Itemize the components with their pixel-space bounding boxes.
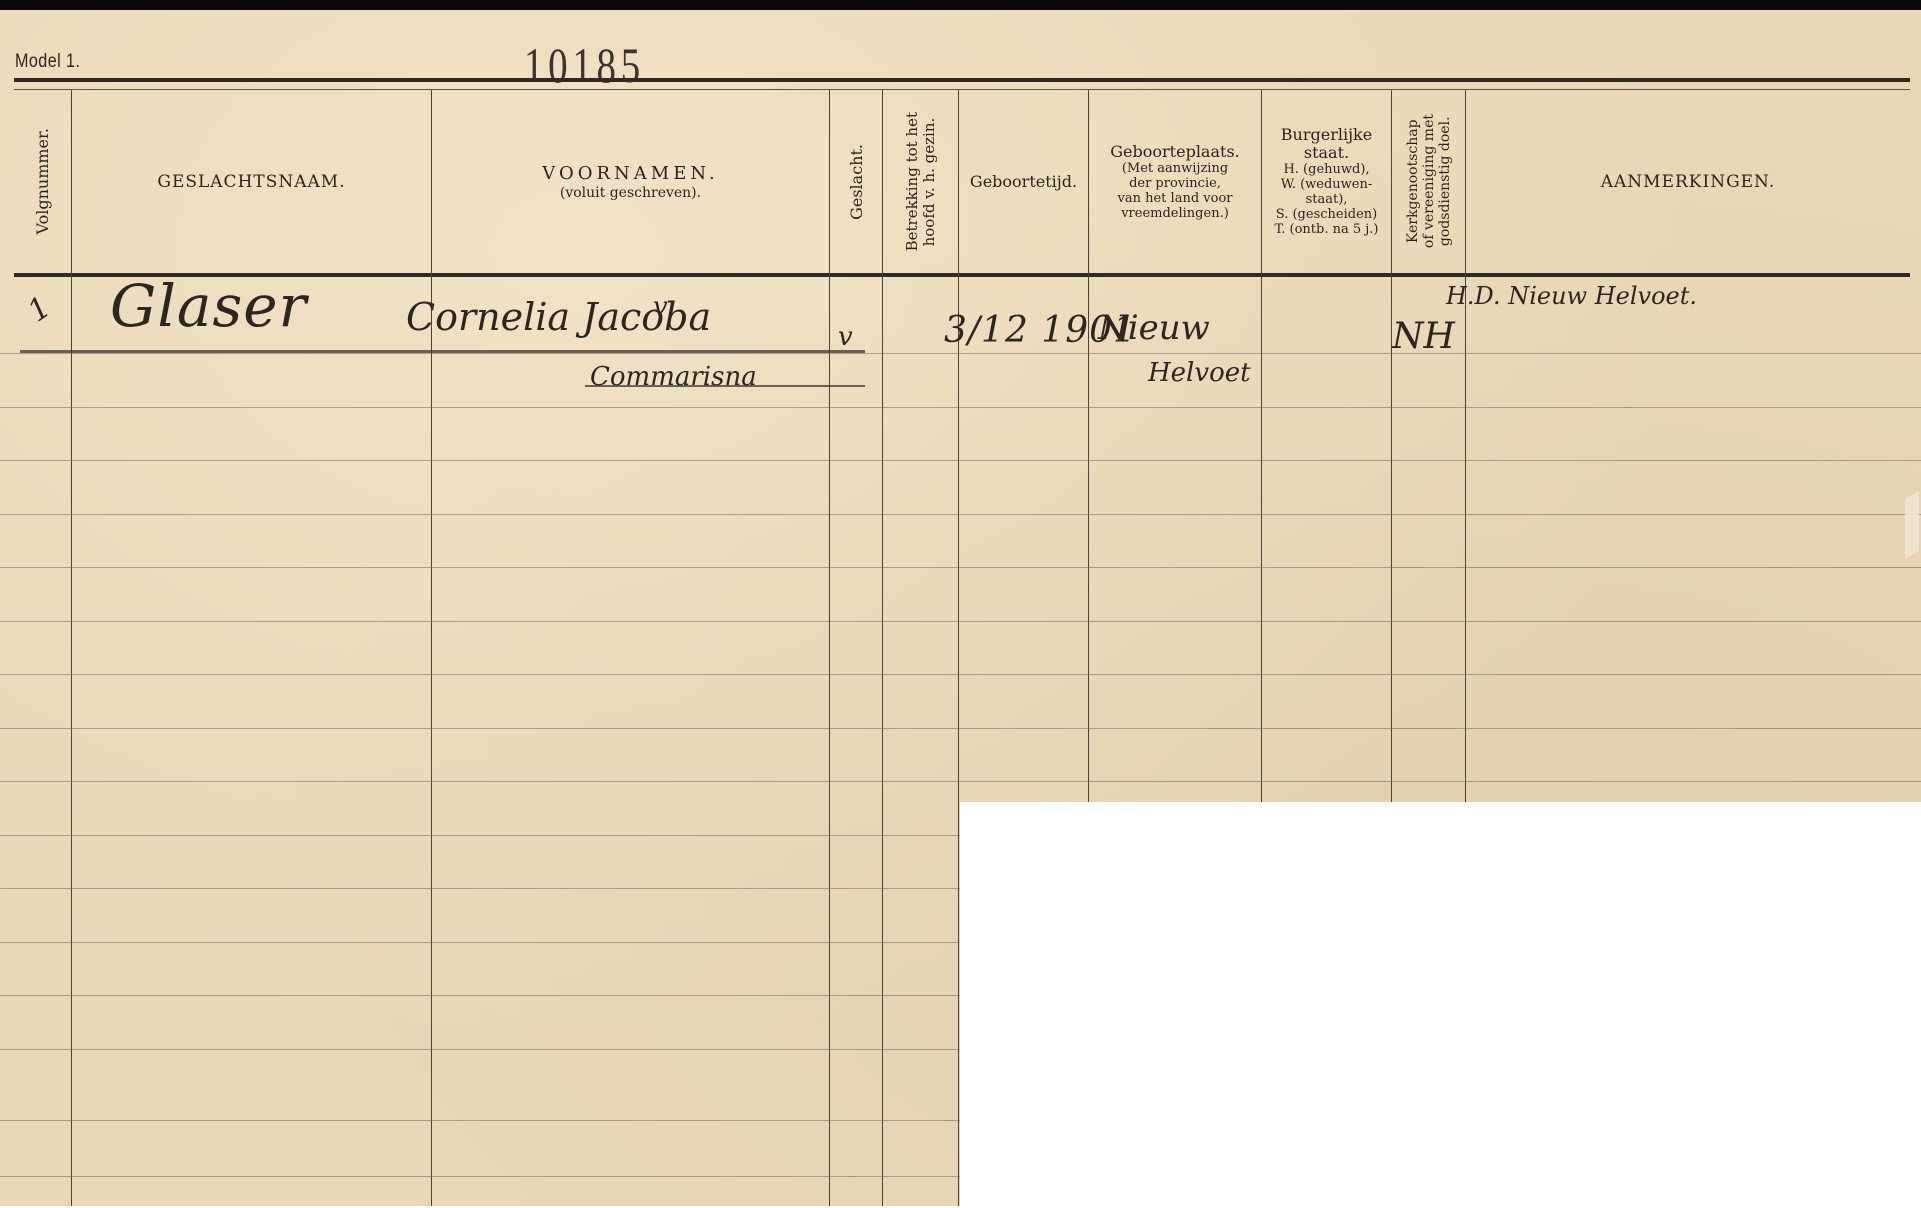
header-geboortetijd: Geboortetijd. bbox=[959, 90, 1088, 273]
header-geboorteplaats: Geboorteplaats. (Met aanwijzing der prov… bbox=[1089, 90, 1261, 273]
row-line bbox=[0, 1049, 960, 1050]
strikethrough-line bbox=[20, 350, 865, 353]
entry-volgnummer: 1 bbox=[22, 290, 58, 330]
header-label: VOORNAMEN. bbox=[542, 163, 718, 184]
model-label: Model 1. bbox=[15, 51, 80, 73]
header-label: Geboorteplaats. bbox=[1110, 142, 1239, 161]
row-line bbox=[0, 942, 960, 943]
header-sublabel: S. (gescheiden) bbox=[1276, 207, 1377, 222]
scan-top-border bbox=[0, 0, 1921, 10]
row-line bbox=[0, 835, 960, 836]
header-sublabel: (voluit geschreven). bbox=[560, 186, 701, 201]
header-label: Geslacht. bbox=[847, 144, 866, 220]
header-geslachtsnaam: GESLACHTSNAAM. bbox=[72, 90, 431, 273]
card-number: 10185 bbox=[524, 36, 645, 94]
header-betrekking: Betrekking tot hethoofd v. h. gezin. bbox=[883, 90, 958, 273]
header-sublabel: der provincie, bbox=[1129, 176, 1221, 191]
header-aanmerkingen: AANMERKINGEN. bbox=[1466, 90, 1910, 273]
header-sublabel: staat), bbox=[1306, 192, 1348, 207]
header-voornamen: VOORNAMEN. (voluit geschreven). bbox=[432, 90, 829, 273]
row-line bbox=[0, 567, 1921, 568]
entry-geboorteplaats-line1: Nieuw bbox=[1098, 308, 1210, 348]
row-line bbox=[0, 353, 1921, 354]
header-label: Kerkgenootschapof vereeniging metgodsdie… bbox=[1405, 114, 1453, 248]
header-sublabel: (Met aanwijzing bbox=[1122, 161, 1228, 176]
row-line bbox=[0, 514, 1921, 515]
header-sublabel: van het land voor bbox=[1118, 191, 1233, 206]
row-line bbox=[0, 674, 1921, 675]
header-burgerlijke-staat: Burgerlijke staat. H. (gehuwd), W. (wedu… bbox=[1262, 90, 1391, 273]
row-line bbox=[0, 460, 1921, 461]
header-label: AANMERKINGEN. bbox=[1601, 172, 1776, 192]
top-thick-rule bbox=[14, 78, 1910, 82]
header-label: Geboortetijd. bbox=[970, 172, 1077, 191]
torn-edge bbox=[1905, 491, 1919, 559]
header-label: Volgnummer. bbox=[33, 128, 52, 234]
entry-kerkgenootschap: NH bbox=[1392, 316, 1455, 357]
entry-voornamen-addition: Commarisna bbox=[590, 362, 757, 392]
header-sublabel: W. (weduwen- bbox=[1281, 177, 1373, 192]
blank-scan-area bbox=[960, 802, 1921, 1208]
entry-insert-mark: v bbox=[653, 292, 668, 322]
entry-geslacht: v bbox=[838, 322, 853, 352]
row-line bbox=[0, 781, 1921, 782]
row-line bbox=[0, 1176, 960, 1177]
header-sublabel: vreemdelingen.) bbox=[1121, 206, 1229, 221]
entry-geslachtsnaam: Glaser bbox=[110, 272, 307, 340]
row-line bbox=[0, 621, 1921, 622]
entry-geboorteplaats-line2: Helvoet bbox=[1148, 358, 1251, 388]
strikethrough-line bbox=[585, 385, 865, 387]
header-label: GESLACHTSNAAM. bbox=[157, 172, 345, 192]
row-line bbox=[0, 1120, 960, 1121]
header-label: staat. bbox=[1304, 144, 1349, 162]
header-sublabel: H. (gehuwd), bbox=[1283, 162, 1369, 177]
header-volgnummer: Volgnummer. bbox=[14, 90, 71, 273]
header-kerkgenootschap: Kerkgenootschapof vereeniging metgodsdie… bbox=[1392, 90, 1465, 273]
header-label: Betrekking tot hethoofd v. h. gezin. bbox=[904, 112, 938, 251]
header-sublabel: T. (ontb. na 5 j.) bbox=[1275, 222, 1379, 237]
header-geslacht: Geslacht. bbox=[830, 90, 882, 273]
header-label: Burgerlijke bbox=[1281, 126, 1372, 144]
row-line bbox=[0, 728, 1921, 729]
row-line bbox=[0, 888, 960, 889]
entry-aanmerkingen: H.D. Nieuw Helvoet. bbox=[1446, 282, 1697, 310]
row-line bbox=[0, 995, 960, 996]
row-line bbox=[0, 407, 1921, 408]
